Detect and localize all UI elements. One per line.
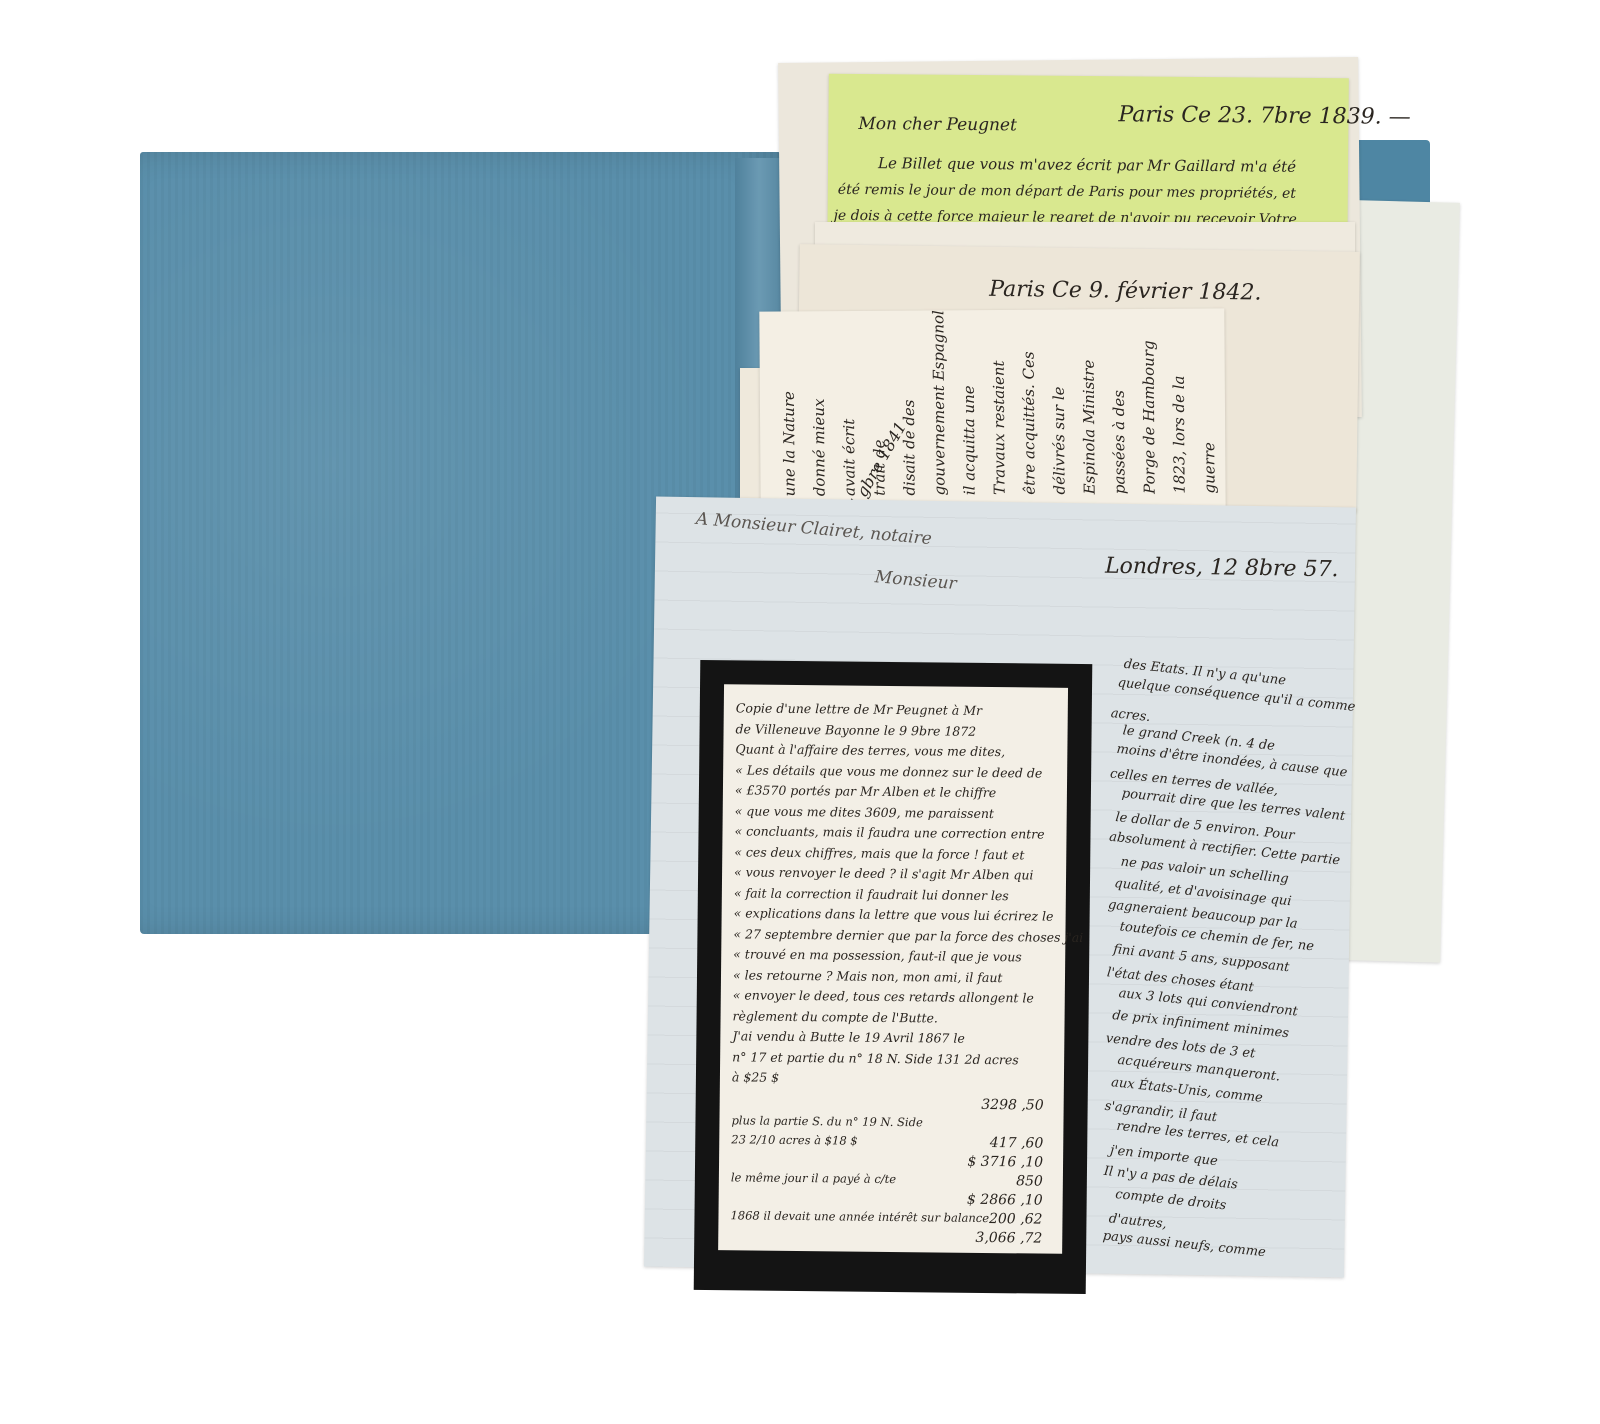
vertical-letter-column: guerre xyxy=(1200,442,1218,493)
blue-letter-line: pays aussi neufs, comme xyxy=(1102,1229,1266,1261)
mourning-letter-body: Copie d'une lettre de Mr Peugnet à Mrde … xyxy=(724,684,1068,688)
vertical-letter-column: passées à des xyxy=(1110,390,1129,494)
ledger-amount: 200 ,62 xyxy=(989,1211,1043,1228)
vertical-letter-column: délivrés sur le xyxy=(1050,386,1069,494)
mourning-letter-line: « explications dans la lettre que vous l… xyxy=(734,905,1054,923)
mourning-letter-line: J'ai vendu à Butte le 19 Avril 1867 le xyxy=(732,1028,965,1045)
mourning-letter-line: Quant à l'affaire des terres, vous me di… xyxy=(735,741,1005,759)
mourning-letter-line: n° 17 et partie du n° 18 N. Side 131 2d … xyxy=(732,1049,1019,1067)
green-letter-line: été remis le jour de mon départ de Paris… xyxy=(838,182,1296,202)
mourning-letter-line: « envoyer le deed, tous ces retards allo… xyxy=(733,987,1034,1005)
ledger-label: 1868 il devait une année intérêt sur bal… xyxy=(730,1208,989,1225)
mourning-letter-line: « vous renvoyer le deed ? il s'agit Mr A… xyxy=(734,864,1034,882)
green-letter-salutation: Mon cher Peugnet xyxy=(858,114,1017,135)
ledger-amount: 417 ,60 xyxy=(990,1135,1044,1152)
vertical-letter-column: une la Nature xyxy=(780,391,799,496)
ledger-amount: 3298 ,50 xyxy=(981,1097,1044,1114)
mourning-letter-line: « £3570 portés par Mr Alben et le chiffr… xyxy=(735,782,996,800)
ledger-amount: $ 2866 ,10 xyxy=(967,1192,1043,1209)
ledger-amount: 3,066 ,72 xyxy=(975,1230,1042,1247)
blue-letter-salutation: Monsieur xyxy=(874,567,957,594)
vertical-letter: une la Naturedonné mieuxavait écrittrait… xyxy=(759,308,1225,511)
mourning-letter-line: de Villeneuve Bayonne le 9 9bre 1872 xyxy=(736,721,977,739)
ledger-amount: $ 3716 ,10 xyxy=(967,1154,1043,1171)
mourning-letter-line: « que vous me dites 3609, me paraissent xyxy=(735,803,994,821)
mourning-letter-line: à $25 $ xyxy=(732,1069,779,1084)
mourning-letter-line: « 27 septembre dernier que par la force … xyxy=(733,926,1083,945)
ledger-label: le même jour il a payé à c/te xyxy=(731,1170,896,1186)
vertical-letter-column: donné mieux xyxy=(810,399,829,497)
blue-letter-line: acres. xyxy=(1110,706,1151,725)
vertical-letter-column: Espinola Ministre xyxy=(1080,360,1099,495)
green-letter-line: Le Billet que vous m'avez écrit par Mr G… xyxy=(878,154,1296,176)
mourning-letter-line: « concluants, mais il faudra une correct… xyxy=(734,823,1044,841)
vertical-letter-column: disait de des xyxy=(900,399,919,495)
blue-letter-line: compte de droits xyxy=(1115,1187,1227,1213)
black-bordered-mourning-letter: Copie d'une lettre de Mr Peugnet à Mrde … xyxy=(694,660,1093,1294)
vertical-letter-column: gouvernement Espagnol xyxy=(929,310,948,495)
cream-letter-dateline: Paris Ce 9. février 1842. xyxy=(989,277,1262,306)
mourning-letter-line: règlement du compte de l'Butte. xyxy=(733,1008,938,1025)
mourning-letter-line: « trouvé en ma possession, faut-il que j… xyxy=(733,946,1022,964)
ledger-label: 23 2/10 acres à $18 $ xyxy=(731,1132,858,1147)
ledger-amount: 850 xyxy=(1016,1173,1043,1189)
blue-letter-address: A Monsieur Clairet, notaire xyxy=(695,509,932,549)
green-letter-dateline: Paris Ce 23. 7bre 1839. — xyxy=(1118,102,1410,130)
vertical-letter-column: 1823, lors de la xyxy=(1170,375,1189,493)
ledger-label: plus la partie S. du n° 19 N. Side xyxy=(731,1113,922,1129)
mourning-letter-page: Copie d'une lettre de Mr Peugnet à Mrde … xyxy=(718,684,1068,1254)
mourning-letter-ledger: 3298 ,50plus la partie S. du n° 19 N. Si… xyxy=(724,684,1068,688)
mourning-letter-line: « Les détails que vous me donnez sur le … xyxy=(735,762,1042,780)
vertical-letter-column: être acquittés. Ces xyxy=(1020,351,1039,494)
mourning-letter-line: Copie d'une lettre de Mr Peugnet à Mr xyxy=(736,700,982,718)
mourning-letter-line: « ces deux chiffres, mais que la force !… xyxy=(734,844,1024,862)
mourning-letter-line: « fait la correction il faudrait lui don… xyxy=(734,885,1009,903)
vertical-letter-column: il acquitta une xyxy=(960,385,979,495)
vertical-letter-column: Porge de Hambourg xyxy=(1140,340,1159,494)
blue-letter-dateline: Londres, 12 8bre 57. xyxy=(1105,554,1339,583)
mourning-letter-line: « les retourne ? Mais non, mon ami, il f… xyxy=(733,967,1003,985)
vertical-letter-column: Travaux restaient xyxy=(990,360,1009,495)
